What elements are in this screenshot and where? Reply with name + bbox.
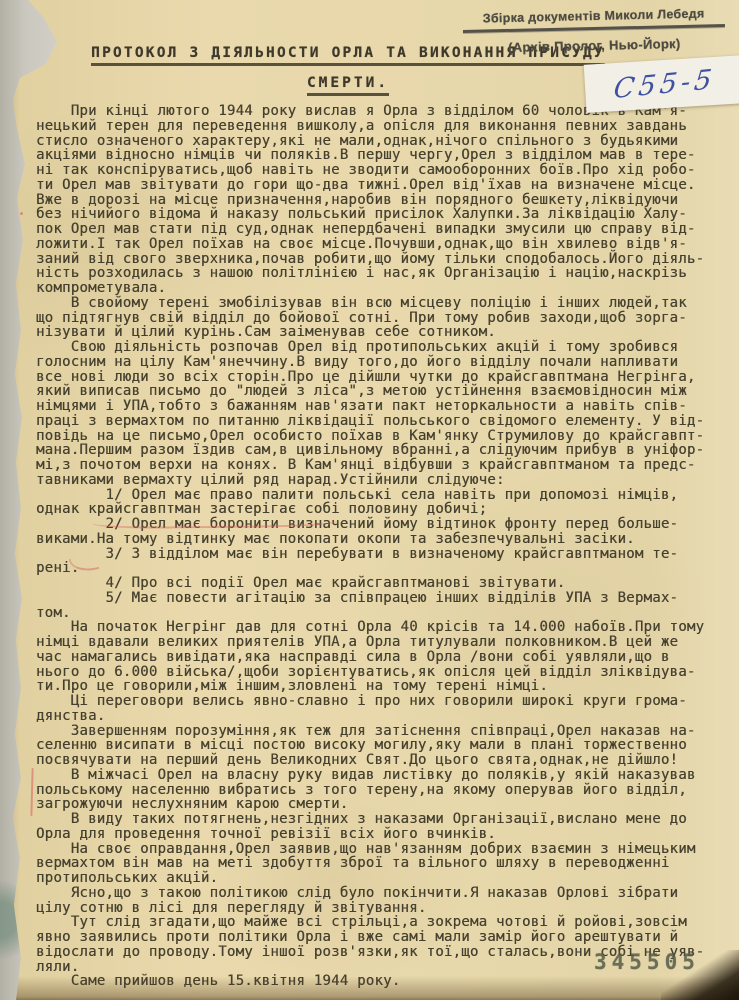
bottom-scan-shadow <box>0 976 739 1000</box>
paragraph: На своє оправдання,Орел заявив,що нав'яз… <box>36 842 732 886</box>
paragraph: Ясно,що з такою політикою слід було покі… <box>36 886 732 916</box>
paragraph: Ці переговори велись явно-славно і про н… <box>36 694 732 724</box>
document-page: ПРОТОКОЛ З ДІЯЛЬНОСТИ ОРЛА ТА ВИКОНАННЯ … <box>0 0 739 1000</box>
title-line-2: СМЕРТИ. <box>307 75 389 96</box>
list-item: 3/ З відділом має він перебувати в визна… <box>36 547 732 577</box>
list-item: 4/ Про всі події Орел має крайсгавптмано… <box>36 576 732 591</box>
document-body: При кінці лютого 1944 року вислав я Орла… <box>36 104 732 989</box>
red-pencil-margin-line <box>30 768 33 816</box>
paragraph: Свою діяльність розпочав Орел від протип… <box>36 340 732 488</box>
paragraph: Завершенням порозуміння,як теж для затіс… <box>36 724 732 768</box>
paragraph: В міжчасі Орел на власну руку видав лист… <box>36 768 732 812</box>
archive-stamp-rule <box>463 24 725 33</box>
red-pencil-dot <box>20 212 23 215</box>
catalog-label: С55-5 <box>584 55 739 113</box>
dark-corner-shadow <box>661 950 739 1000</box>
list-item: 2/ Орел має боронити визначений йому від… <box>36 517 732 547</box>
paragraph: На початок Негрінг дав для сотні Орла 40… <box>36 620 732 694</box>
list-item: 1/ Орел має право палити польські села н… <box>36 488 732 518</box>
paragraph: При кінці лютого 1944 року вислав я Орла… <box>36 104 732 296</box>
paragraph: В свойому терені змобілізував він всю мі… <box>36 296 732 340</box>
paragraph: В виду таких потягнень,незгідних з наказ… <box>36 812 732 842</box>
scanned-document: ПРОТОКОЛ З ДІЯЛЬНОСТИ ОРЛА ТА ВИКОНАННЯ … <box>0 0 739 1000</box>
list-item: 5/ Має повести агітацію за співпрацею ін… <box>36 591 732 621</box>
handwritten-code: С55-5 <box>612 63 717 104</box>
archive-stamp: Збірка документів Миколи Лебедя (Архів П… <box>463 6 726 56</box>
torn-edge-shade <box>0 0 20 1000</box>
